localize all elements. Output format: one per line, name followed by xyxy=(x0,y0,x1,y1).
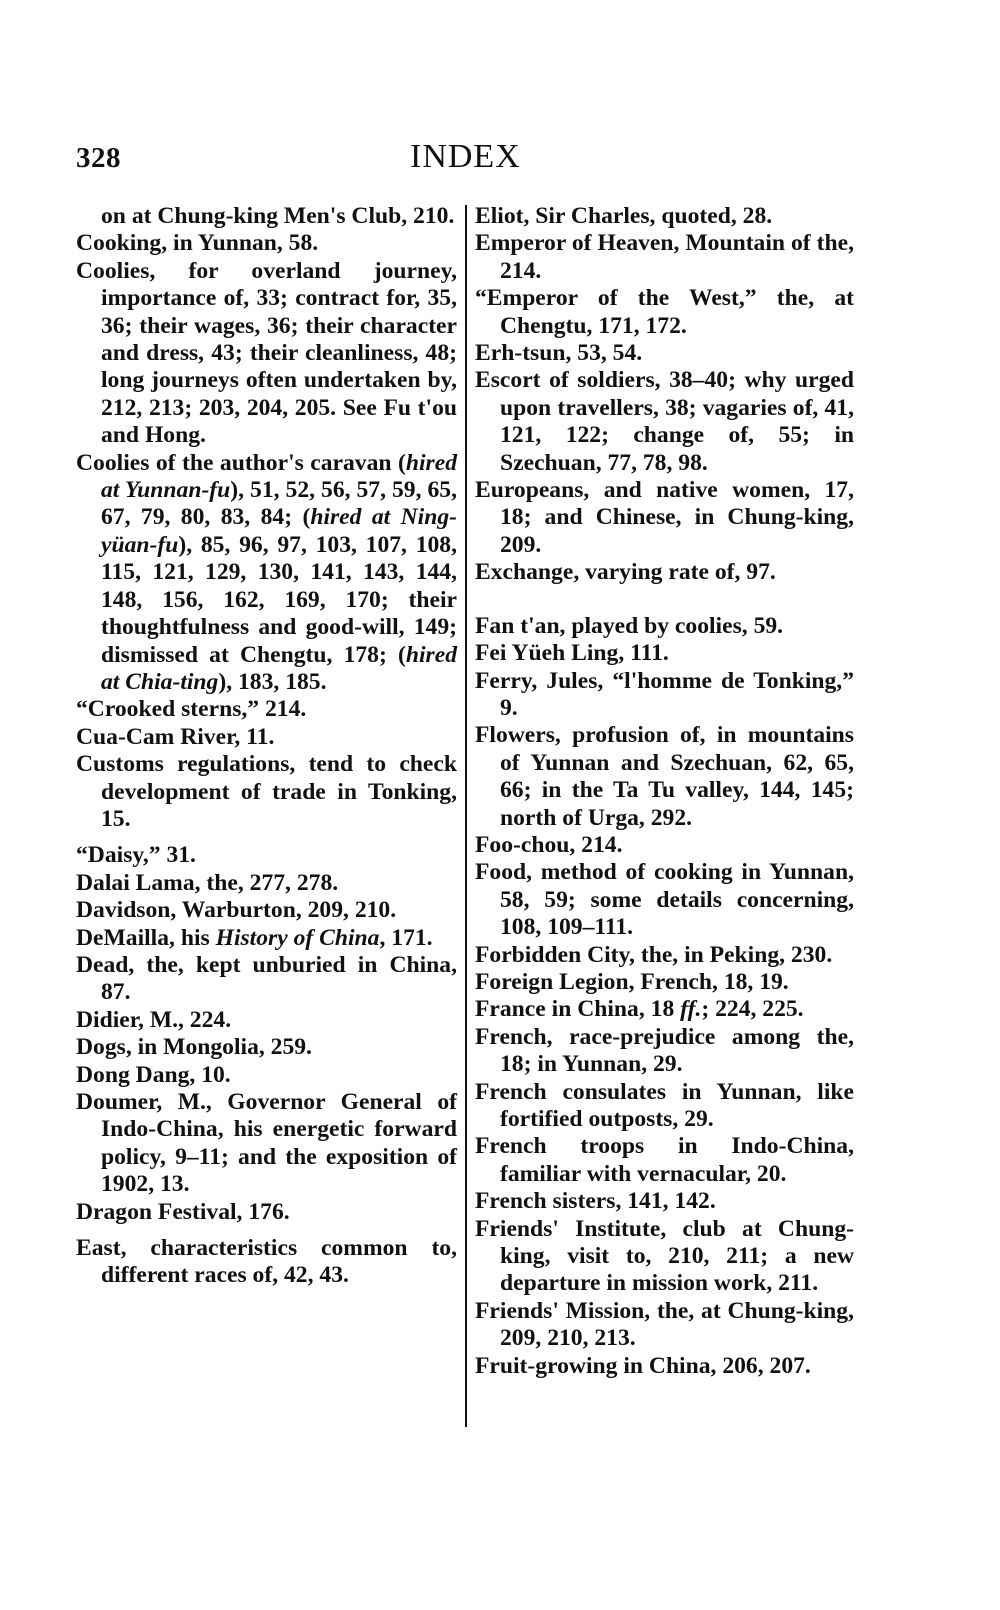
index-entry: French troops in Indo-China, familiar wi… xyxy=(475,1133,854,1188)
index-entry: French consulates in Yunnan, like fortif… xyxy=(475,1079,854,1134)
index-entry: “Emperor of the West,” the, at Chengtu, … xyxy=(475,285,854,340)
index-entry: Friends' Mission, the, at Chung-king, 20… xyxy=(475,1298,854,1353)
index-entry: Friends' Institute, club at Chung-king, … xyxy=(475,1216,854,1298)
index-entry: Emperor of Heaven, Mountain of the, 214. xyxy=(475,230,854,285)
index-entry: Cooking, in Yunnan, 58. xyxy=(76,230,457,257)
index-entry: France in China, 18 ff.; 224, 225. xyxy=(475,996,854,1023)
index-entry: Didier, M., 224. xyxy=(76,1007,457,1034)
index-entry: French, race-prejudice among the, 18; in… xyxy=(475,1024,854,1079)
index-entry: Doumer, M., Governor General of Indo-Chi… xyxy=(76,1089,457,1199)
page-header: 328 INDEX xyxy=(76,138,876,184)
index-entry: Davidson, Warburton, 209, 210. xyxy=(76,897,457,924)
running-title: INDEX xyxy=(410,138,521,176)
index-entry: East, characteristics common to, differe… xyxy=(76,1235,457,1290)
index-entry: Fan t'an, played by coolies, 59. xyxy=(475,613,854,640)
index-entry: French sisters, 141, 142. xyxy=(475,1188,854,1215)
index-column-left: on at Chung-king Men's Club, 210. Cookin… xyxy=(76,203,457,1290)
index-entry: on at Chung-king Men's Club, 210. xyxy=(76,203,457,230)
index-entry: Forbidden City, the, in Peking, 230. xyxy=(475,942,854,969)
index-entry: Flowers, profusion of, in mountains of Y… xyxy=(475,722,854,832)
index-entry: Dalai Lama, the, 277, 278. xyxy=(76,870,457,897)
index-entry: Europeans, and native women, 17, 18; and… xyxy=(475,477,854,559)
index-entry: Dong Dang, 10. xyxy=(76,1062,457,1089)
index-entry: Erh-tsun, 53, 54. xyxy=(475,340,854,367)
index-entry: DeMailla, his History of China, 171. xyxy=(76,925,457,952)
index-column-right: Eliot, Sir Charles, quoted, 28. Emperor … xyxy=(475,203,854,1380)
index-entry: Coolies of the author's caravan (hired a… xyxy=(76,450,457,697)
page-number: 328 xyxy=(76,142,121,175)
index-entry: Fei Yüeh Ling, 111. xyxy=(475,640,854,667)
index-entry: Food, method of cooking in Yunnan, 58, 5… xyxy=(475,859,854,941)
index-entry: Customs regulations, tend to check devel… xyxy=(76,751,457,833)
index-entry: Fruit-growing in China, 206, 207. xyxy=(475,1353,854,1380)
index-entry: Cua-Cam River, 11. xyxy=(76,724,457,751)
index-entry: Escort of soldiers, 38–40; why urged upo… xyxy=(475,367,854,477)
index-entry: Coolies, for overland journey, importanc… xyxy=(76,258,457,450)
index-entry: Ferry, Jules, “l'homme de Tonking,” 9. xyxy=(475,668,854,723)
index-entry: Dragon Festival, 176. xyxy=(76,1199,457,1226)
index-entry: Eliot, Sir Charles, quoted, 28. xyxy=(475,203,854,230)
index-entry: “Crooked sterns,” 214. xyxy=(76,696,457,723)
index-entry: “Daisy,” 31. xyxy=(76,842,457,869)
column-divider xyxy=(465,205,467,1427)
index-entry: Foreign Legion, French, 18, 19. xyxy=(475,969,854,996)
index-entry: Dead, the, kept unburied in China, 87. xyxy=(76,952,457,1007)
index-entry: Exchange, varying rate of, 97. xyxy=(475,559,854,586)
index-entry: Foo-chou, 214. xyxy=(475,832,854,859)
index-entry: Dogs, in Mongolia, 259. xyxy=(76,1034,457,1061)
